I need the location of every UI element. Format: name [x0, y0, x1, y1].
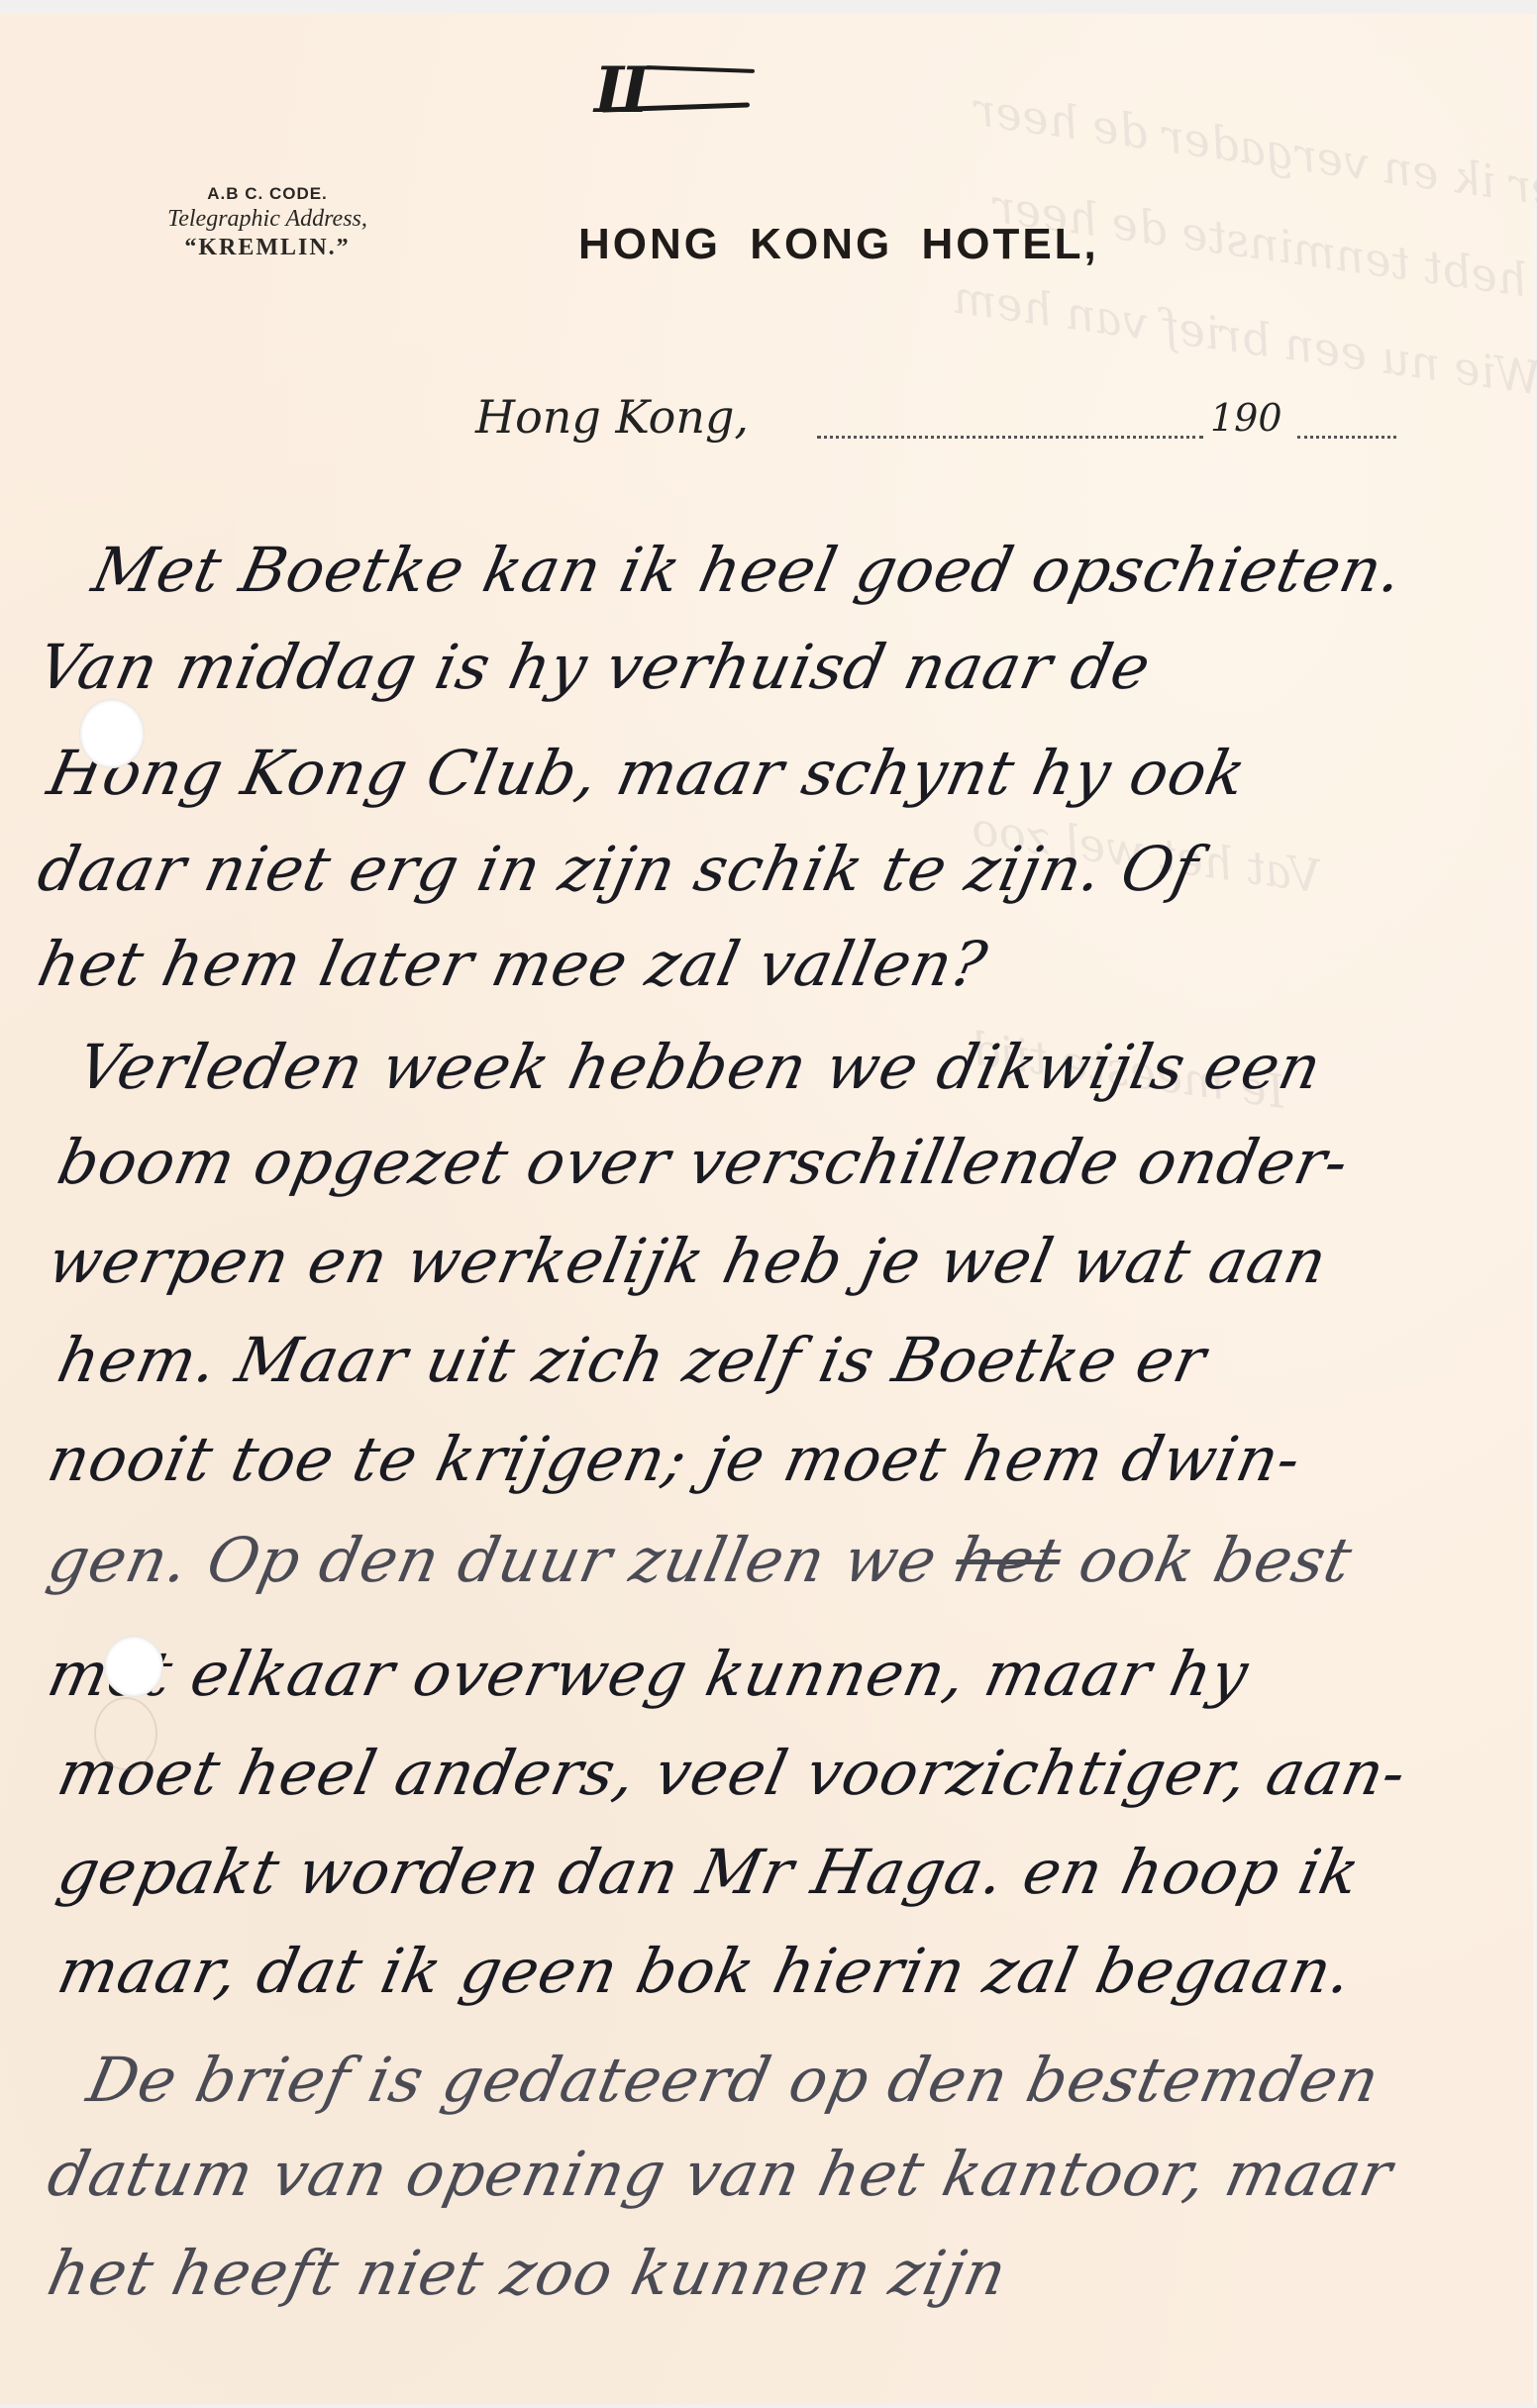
struck-word: het	[949, 1524, 1068, 1596]
year-dotted-line	[1297, 436, 1396, 439]
hotel-name: HONG KONG HOTEL,	[578, 220, 1099, 269]
reverse-ink-bleed: Wie nu een brief van hem	[950, 270, 1537, 406]
paper-tear-crease	[94, 1697, 157, 1770]
handwritten-line: het heeft niet zoo kunnen zijn	[42, 2237, 1013, 2309]
line-text-continued: ook best	[1073, 1524, 1359, 1596]
handwritten-line: De brief is gedateerd op den bestemden	[81, 2044, 1386, 2116]
page-number-overline	[646, 65, 755, 73]
handwritten-line: moet heel anders, veel voorzichtiger, aa…	[51, 1737, 1413, 1809]
punch-hole	[79, 699, 145, 768]
handwritten-line: Hong Kong Club, maar schynt hy ook	[42, 737, 1253, 809]
punch-hole	[104, 1636, 163, 1697]
telegraphic-address: “KREMLIN.”	[99, 235, 436, 261]
handwritten-line: met elkaar overweg kunnen, maar hy	[42, 1638, 1255, 1710]
reverse-ink-bleed: Tanneer ik en vergader de heer	[971, 82, 1537, 237]
handwritten-line: hem. Maar uit zich zelf is Boetke er	[51, 1324, 1212, 1396]
handwritten-line: nooit toe te krijgen; je moet hem dwin-	[42, 1423, 1307, 1495]
telegraphic-address-label: Telegraphic Address,	[99, 206, 436, 233]
handwritten-line: datum van opening van het kantoor, maar	[42, 2138, 1398, 2210]
handwritten-line: gepakt worden dan Mr Haga. en hoop ik	[51, 1836, 1367, 1908]
handwritten-line: Van middag is hy verhuisd naar de	[32, 631, 1157, 703]
handwritten-line: maar, dat ik geen bok hierin zal begaan.	[51, 1935, 1359, 2007]
line-text: gen. Op den duur zullen we	[42, 1524, 944, 1596]
place-name: Hong Kong,	[475, 390, 749, 444]
telegraphic-code-block: A.B C. CODE. Telegraphic Address, “KREML…	[99, 184, 436, 261]
handwritten-line: gen. Op den duur zullen we het ook best	[42, 1524, 1359, 1596]
handwritten-line: werpen en werkelijk heb je wel wat aan	[42, 1225, 1334, 1297]
date-dotted-line	[817, 436, 1203, 439]
handwritten-line: het hem later mee zal vallen?	[32, 928, 993, 1000]
page-number: II	[594, 53, 646, 128]
handwritten-line: Verleden week hebben we dikwijls een	[71, 1031, 1328, 1103]
letter-page: Tanneer ik en vergader de heer tot hebt …	[0, 14, 1536, 2404]
year-prefix: 190	[1210, 396, 1282, 440]
abc-code-line: A.B C. CODE.	[99, 184, 436, 204]
handwritten-line: daar niet erg in zijn schik te zijn. Of	[32, 833, 1205, 905]
handwritten-line: boom opgezet over verschillende onder-	[51, 1126, 1355, 1198]
place-date-line: Hong Kong, 190	[475, 390, 1396, 459]
handwritten-line: Met Boetke kan ik heel goed opschieten.	[86, 534, 1409, 606]
